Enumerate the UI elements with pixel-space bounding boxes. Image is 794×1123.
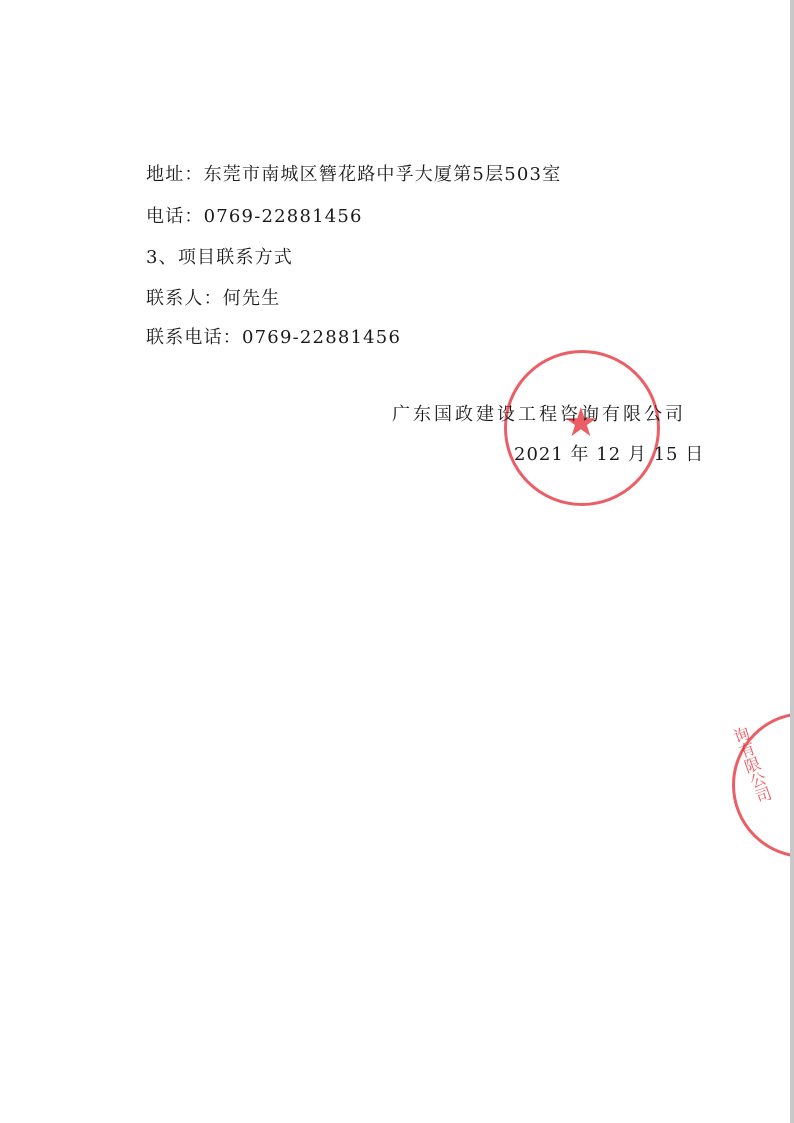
phone-line: 电话：0769-22881456 <box>146 202 363 228</box>
address-line: 地址：东莞市南城区簪花路中孚大厦第5层503室 <box>146 160 561 186</box>
contact-phone-line: 联系电话：0769-22881456 <box>146 323 401 349</box>
signature-date: 2021 年 12 月 15 日 <box>514 440 704 466</box>
contact-person-line: 联系人：何先生 <box>146 284 280 310</box>
page-edge <box>790 0 794 1123</box>
section-heading-contact: 3、项目联系方式 <box>146 243 293 269</box>
company-signature: 广东国政建设工程咨询有限公司 <box>392 400 686 426</box>
